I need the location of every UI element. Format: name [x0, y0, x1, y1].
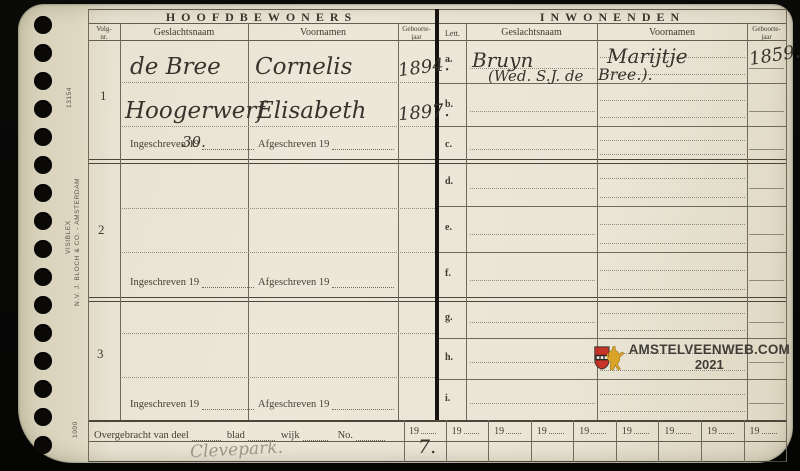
- lodger-letter-f: f.: [445, 268, 451, 279]
- binder-hole: [34, 240, 52, 258]
- year-label: 19: [750, 426, 760, 437]
- binder-hole: [34, 296, 52, 314]
- hw-ingeschreven-year: 30.: [182, 133, 206, 151]
- dotted-leader: [202, 398, 254, 410]
- title-hoofdbewoners: HOOFDBEWONERS: [88, 10, 435, 25]
- binder-hole: [34, 324, 52, 342]
- section-number-2: 2: [98, 222, 105, 238]
- row-separator: [439, 252, 786, 253]
- binder-hole: [34, 436, 52, 454]
- lodger-letter-c: c.: [445, 139, 452, 150]
- writing-line: [122, 208, 435, 209]
- writing-line: [470, 234, 595, 235]
- afgeschreven-label-2: Afgeschreven 19: [258, 276, 394, 288]
- year-cell: 19: [573, 420, 616, 441]
- lodger-letter-e: e.: [445, 222, 452, 233]
- dotted-leader: [634, 424, 649, 434]
- year-cell: 19: [658, 420, 701, 441]
- lodger-letter-a: a.: [445, 54, 453, 65]
- writing-line: [470, 403, 595, 404]
- year-cell: 19: [701, 420, 744, 441]
- writing-line: [122, 252, 435, 253]
- writing-line: [470, 188, 595, 189]
- section-number-1: 1: [100, 88, 107, 104]
- watermark: AMSTELVEENWEB.COM 2021: [594, 342, 790, 377]
- hw-lodger-surname-2: (Wed. S.J. de: [488, 67, 583, 85]
- writing-line: [470, 362, 595, 363]
- section-number-3: 3: [97, 346, 104, 362]
- writing-line: [122, 377, 435, 378]
- binder-hole: [34, 72, 52, 90]
- afgeschreven-label-3: Afgeschreven 19: [258, 398, 394, 410]
- writing-line: [600, 411, 745, 412]
- writing-line: [600, 100, 745, 101]
- binder-hole: [34, 44, 52, 62]
- ingeschreven-label-2: Ingeschreven 19: [130, 276, 254, 288]
- hw-lodger-firstnames-2: Bree.).: [598, 65, 653, 84]
- binder-hole: [34, 156, 52, 174]
- year-label: 19: [452, 426, 462, 437]
- scanned-register-card: 13154 VISIBLEX N.V. J. BLOCH & CO. - AMS…: [0, 0, 800, 471]
- dotted-leader: [192, 429, 221, 441]
- hw-firstnames-2: Elisabeth: [257, 98, 366, 124]
- writing-line: [749, 280, 784, 281]
- hw-surname-2: Hoogerwerf: [125, 98, 265, 124]
- dotted-leader: [303, 429, 328, 441]
- afgeschreven-text: Afgeschreven 19: [258, 399, 329, 410]
- hw-pencil-place: Clevepark.: [190, 438, 284, 463]
- header-left-birthyear-line1: Geboorte-: [398, 25, 435, 33]
- year-value-cell: [701, 441, 744, 462]
- hw-firstnames-1: Cornelis: [255, 54, 352, 80]
- year-value-cell: [658, 441, 701, 462]
- writing-line: [749, 149, 784, 150]
- afgeschreven-text: Afgeschreven 19: [258, 139, 329, 150]
- border-right: [786, 9, 787, 462]
- hw-cell-number: 7.: [418, 436, 436, 458]
- title-inwonenden: INWONENDEN: [439, 10, 786, 25]
- year-label: 19: [664, 426, 674, 437]
- year-cell: 19: [488, 420, 531, 441]
- hw-birthyear-2: 1897.: [397, 100, 450, 125]
- header-left-surname: Geslachtsnaam: [120, 27, 248, 38]
- lodger-letter-b: b.: [445, 99, 453, 110]
- year-value-row: [404, 441, 786, 462]
- year-label: 19: [494, 426, 504, 437]
- dotted-leader: [202, 138, 254, 150]
- writing-line: [600, 270, 745, 271]
- binder-hole: [34, 380, 52, 398]
- year-cell: 19: [616, 420, 659, 441]
- hw-surname-1: de Bree: [130, 54, 221, 80]
- writing-line: [600, 289, 745, 290]
- binder-hole: [34, 128, 52, 146]
- binder-hole: [34, 212, 52, 230]
- year-cell: 19: [531, 420, 574, 441]
- watermark-year: 2021: [629, 357, 790, 372]
- watermark-site: AMSTELVEENWEB.COM: [629, 342, 790, 357]
- header-volgnr: Volg- nr.: [88, 25, 120, 41]
- year-value-cell: [616, 441, 659, 462]
- year-value-cell: [744, 441, 787, 462]
- writing-line: [470, 149, 595, 150]
- dotted-leader: [719, 424, 734, 434]
- hw-birthyear-1: 1894.: [397, 54, 451, 81]
- lodger-letter-h: h.: [445, 352, 453, 363]
- ingeschreven-label-3: Ingeschreven 19: [130, 398, 254, 410]
- binder-hole: [34, 100, 52, 118]
- lodger-letter-d: d.: [445, 176, 453, 187]
- dotted-leader: [762, 424, 777, 434]
- binder-hole: [34, 268, 52, 286]
- year-value-cell: [446, 441, 489, 462]
- row-separator: [439, 126, 786, 127]
- writing-line: [470, 111, 595, 112]
- dotted-leader: [464, 424, 479, 434]
- writing-line: [470, 322, 595, 323]
- lodger-letter-g: g.: [445, 312, 453, 323]
- writing-line: [600, 330, 745, 331]
- dotted-leader: [591, 424, 606, 434]
- writing-line: [600, 178, 745, 179]
- margin-serial-top: 13154: [66, 56, 73, 108]
- dotted-leader: [332, 398, 394, 410]
- transfer-no-label: No.: [338, 430, 353, 441]
- writing-line: [600, 313, 745, 314]
- dotted-leader: [202, 276, 254, 288]
- margin-brand-text: VISIBLEX: [65, 194, 72, 254]
- row-separator: [439, 379, 786, 380]
- dotted-leader: [421, 424, 436, 434]
- year-label: 19: [579, 426, 589, 437]
- binder-hole: [34, 16, 52, 34]
- writing-line: [600, 394, 745, 395]
- header-left-birthyear: Geboorte- jaar: [398, 25, 435, 41]
- writing-line: [122, 126, 435, 127]
- col-line-volgnr: [120, 23, 121, 420]
- year-label: 19: [537, 426, 547, 437]
- year-value-cell: [573, 441, 616, 462]
- margin-printer-text: N.V. J. BLOCH & CO. - AMSTERDAM: [74, 180, 81, 306]
- margin-serial-bottom: 1000: [72, 410, 79, 438]
- header-right-surname: Geslachtsnaam: [466, 27, 597, 38]
- year-value-cell: [531, 441, 574, 462]
- binder-hole: [34, 408, 52, 426]
- border-left: [88, 9, 89, 462]
- binder-hole: [34, 352, 52, 370]
- register-card: 13154 VISIBLEX N.V. J. BLOCH & CO. - AMS…: [18, 4, 793, 463]
- header-volgnr-line2: nr.: [88, 33, 120, 41]
- header-lett: Lett.: [439, 29, 466, 38]
- dotted-leader: [332, 138, 394, 150]
- row-separator: [439, 206, 786, 207]
- lion-icon: [606, 339, 625, 377]
- dotted-leader: [549, 424, 564, 434]
- year-cell: 19: [744, 420, 787, 441]
- year-label: 19: [707, 426, 717, 437]
- header-right-birthyear-line1: Geboorte-: [747, 25, 786, 33]
- writing-line: [600, 140, 745, 141]
- writing-line: [749, 403, 784, 404]
- header-right-birthyear-line2: jaar: [747, 33, 786, 41]
- writing-line: [749, 188, 784, 189]
- year-value-cell: [488, 441, 531, 462]
- year-label: 19: [622, 426, 632, 437]
- writing-line: [600, 117, 745, 118]
- header-right-firstnames: Voornamen: [597, 27, 747, 38]
- writing-line: [600, 224, 745, 225]
- dotted-leader: [676, 424, 691, 434]
- lodger-letter-i: i.: [445, 393, 450, 404]
- dotted-leader: [356, 429, 385, 441]
- writing-line: [600, 197, 745, 198]
- dotted-leader: [332, 276, 394, 288]
- dotted-leader: [506, 424, 521, 434]
- watermark-text: AMSTELVEENWEB.COM 2021: [629, 342, 790, 372]
- ingeschreven-text: Ingeschreven 19: [130, 399, 199, 410]
- writing-line: [749, 322, 784, 323]
- writing-line: [600, 154, 745, 155]
- year-header-row: 19 19 19 19 19 19 19 19 19: [404, 420, 786, 441]
- header-left-birthyear-line2: jaar: [398, 33, 435, 41]
- transfer-wijk-label: wijk: [281, 430, 300, 441]
- ingeschreven-text: Ingeschreven 19: [130, 277, 199, 288]
- hw-lodger-birthyear: 1859.: [748, 41, 800, 70]
- header-right-birthyear: Geboorte- jaar: [747, 25, 786, 41]
- writing-line: [122, 333, 435, 334]
- writing-line: [122, 82, 435, 83]
- year-cell: 19: [446, 420, 489, 441]
- afgeschreven-text: Afgeschreven 19: [258, 277, 329, 288]
- writing-line: [749, 111, 784, 112]
- header-left-firstnames: Voornamen: [248, 27, 398, 38]
- afgeschreven-label-1: Afgeschreven 19: [258, 138, 394, 150]
- binder-hole: [34, 184, 52, 202]
- writing-line: [600, 243, 745, 244]
- transfer-deel-label: Overgebracht van deel: [94, 430, 189, 441]
- writing-line: [749, 234, 784, 235]
- writing-line: [470, 280, 595, 281]
- header-volgnr-line1: Volg-: [88, 25, 120, 33]
